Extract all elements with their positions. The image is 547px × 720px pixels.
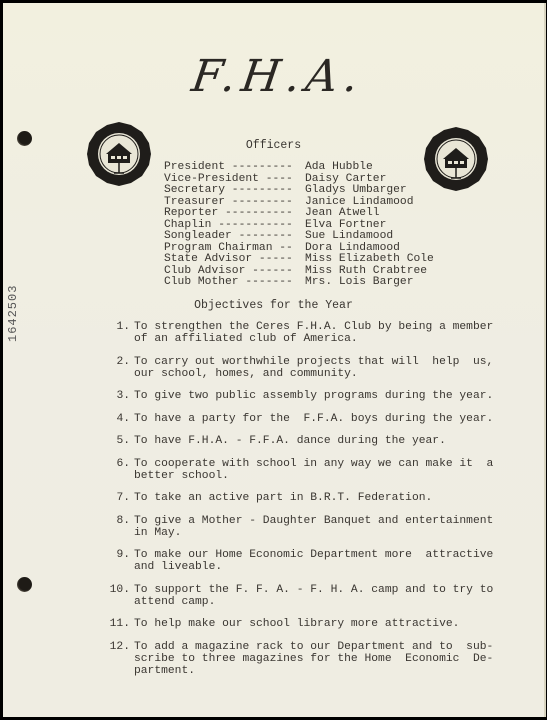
objective-item: 9.To make our Home Economic Department m… [103,549,508,573]
objective-text: To take an active part in B.R.T. Federat… [134,492,508,504]
punch-hole-bottom [17,577,32,592]
objective-number: 2. [103,356,134,380]
objective-item: 1.To strengthen the Ceres F.H.A. Club by… [103,321,508,345]
officer-role: President --------- [164,162,305,174]
objective-item: 8.To give a Mother - Daughter Banquet an… [103,515,508,539]
objective-item: 10.To support the F. F. A. - F. H. A. ca… [103,584,508,608]
objective-text: To give two public assembly programs dur… [134,390,508,402]
objectives-list: 1.To strengthen the Ceres F.H.A. Club by… [103,321,508,687]
side-stamp-number: 1642503 [5,283,21,343]
officer-role: Reporter ---------- [164,208,305,220]
officer-row: Secretary ---------Gladys Umbarger [164,185,434,197]
fha-emblem-left-icon [86,121,152,187]
objectives-heading: Objectives for the Year [3,299,544,312]
objective-number: 4. [103,413,134,425]
objective-text: To have a party for the F.F.A. boys duri… [134,413,508,425]
objective-item: 4.To have a party for the F.F.A. boys du… [103,413,508,425]
officer-row: President ---------Ada Hubble [164,162,434,174]
objective-number: 11. [103,618,134,630]
officer-name: Jean Atwell [305,208,380,220]
officer-row: Reporter ----------Jean Atwell [164,208,434,220]
objective-text: To help make our school library more att… [134,618,508,630]
objective-text: To carry out worthwhile projects that wi… [134,356,508,380]
objective-item: 11.To help make our school library more … [103,618,508,630]
officer-name: Sue Lindamood [305,231,393,243]
objective-item: 2.To carry out worthwhile projects that … [103,356,508,380]
officer-name: Miss Elizabeth Cole [305,254,434,266]
objective-number: 5. [103,435,134,447]
objective-item: 7.To take an active part in B.R.T. Feder… [103,492,508,504]
objective-text: To strengthen the Ceres F.H.A. Club by b… [134,321,508,345]
officer-role: State Advisor ----- [164,254,305,266]
objective-number: 8. [103,515,134,539]
objective-text: To cooperate with school in any way we c… [134,458,508,482]
objective-text: To support the F. F. A. - F. H. A. camp … [134,584,508,608]
officers-list: President ---------Ada HubbleVice-Presid… [164,162,434,289]
objective-number: 9. [103,549,134,573]
objective-number: 7. [103,492,134,504]
officer-role: Club Mother ------- [164,277,305,289]
officer-role: Songleader -------- [164,231,305,243]
objective-item: 3.To give two public assembly programs d… [103,390,508,402]
officer-name: Mrs. Lois Barger [305,277,413,289]
objective-item: 6.To cooperate with school in any way we… [103,458,508,482]
objective-number: 10. [103,584,134,608]
objective-number: 12. [103,641,134,677]
objective-item: 5.To have F.H.A. - F.F.A. dance during t… [103,435,508,447]
officer-row: Club Mother -------Mrs. Lois Barger [164,277,434,289]
officer-row: State Advisor -----Miss Elizabeth Cole [164,254,434,266]
objective-item: 12.To add a magazine rack to our Departm… [103,641,508,677]
officer-name: Ada Hubble [305,162,373,174]
objective-text: To add a magazine rack to our Department… [134,641,508,677]
objective-number: 1. [103,321,134,345]
objective-number: 3. [103,390,134,402]
officer-name: Gladys Umbarger [305,185,407,197]
officers-heading: Officers [3,139,544,152]
page-title: F.H.A. [159,51,396,102]
officer-row: Songleader --------Sue Lindamood [164,231,434,243]
objective-text: To have F.H.A. - F.F.A. dance during the… [134,435,508,447]
document-page: 1642503 F.H.A. Officers Presiden [3,3,546,717]
officer-role: Secretary --------- [164,185,305,197]
objective-text: To make our Home Economic Department mor… [134,549,508,573]
objective-text: To give a Mother - Daughter Banquet and … [134,515,508,539]
objective-number: 6. [103,458,134,482]
